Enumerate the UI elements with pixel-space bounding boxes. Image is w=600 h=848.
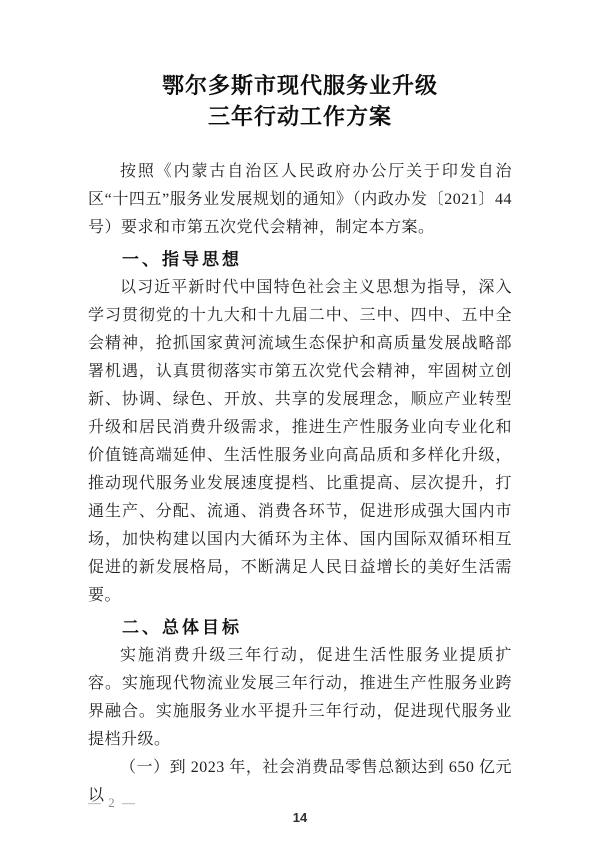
document-body: 按照《内蒙古自治区人民政府办公厅关于印发自治区“十四五”服务业发展规划的通知》（… — [88, 158, 512, 810]
paragraph-target-2023: （一）到 2023 年，社会消费品零售总额达到 650 亿元以 — [88, 754, 512, 810]
document-title-line2: 三年行动工作方案 — [0, 101, 600, 132]
document-page-label: — 2 — — [88, 795, 137, 811]
section-heading-overall-goal: 二、总体目标 — [88, 614, 512, 642]
document-title: 鄂尔多斯市现代服务业升级 三年行动工作方案 — [0, 0, 600, 132]
document-title-line1: 鄂尔多斯市现代服务业升级 — [0, 70, 600, 101]
paragraph-guiding-ideology: 以习近平新时代中国特色社会主义思想为指导，深入学习贯彻党的十九大和十九届二中、三… — [88, 274, 512, 610]
paragraph-intro: 按照《内蒙古自治区人民政府办公厅关于印发自治区“十四五”服务业发展规划的通知》（… — [88, 158, 512, 242]
section-heading-guiding-ideology: 一、指导思想 — [88, 246, 512, 274]
document-page: 鄂尔多斯市现代服务业升级 三年行动工作方案 按照《内蒙古自治区人民政府办公厅关于… — [0, 0, 600, 848]
viewer-page-number: 14 — [0, 810, 600, 825]
paragraph-overall-goal: 实施消费升级三年行动，促进生活性服务业提质扩容。实施现代物流业发展三年行动，推进… — [88, 642, 512, 754]
